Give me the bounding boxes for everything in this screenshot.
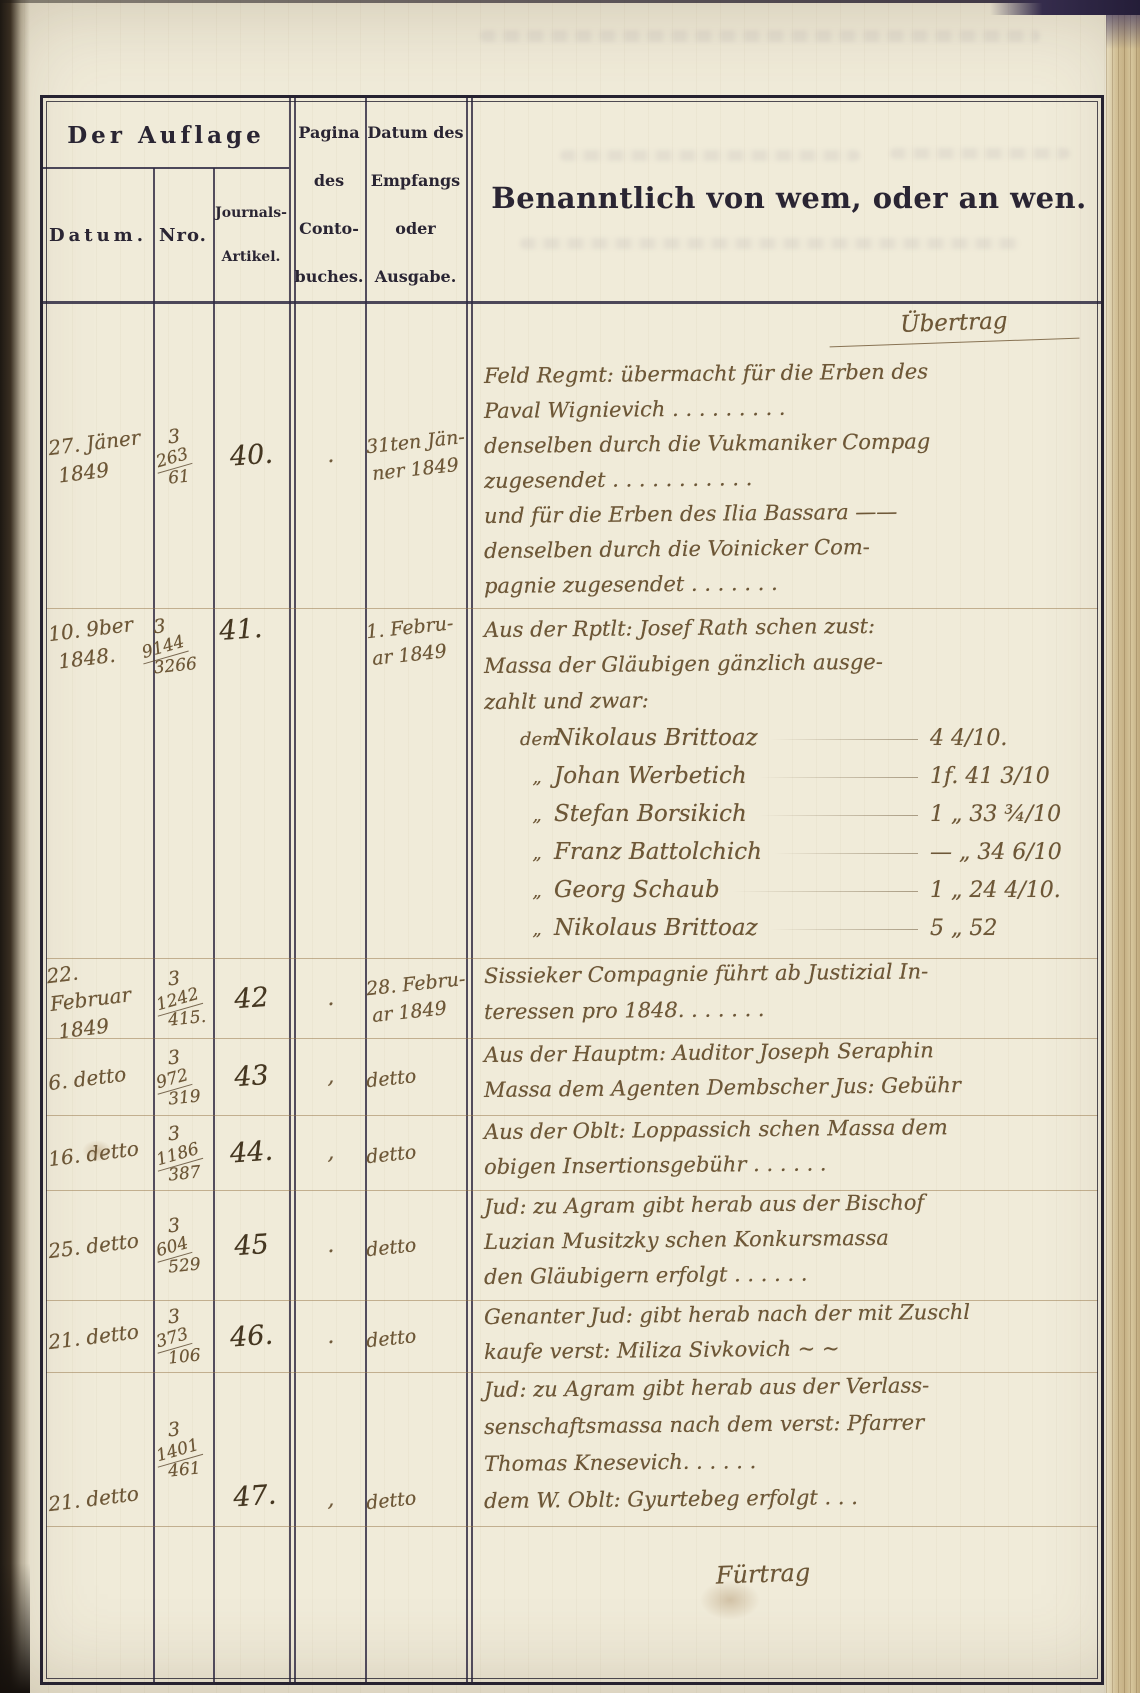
header-nro-label: Nro. [159, 225, 207, 246]
header-empfang-line: Empfangs [371, 171, 460, 190]
entry-journal-artikel: 45 [210, 1188, 292, 1303]
header-journals-artikel: Journals- Artikel. [213, 170, 289, 300]
entry-date: 22. Februar 1849 [48, 958, 150, 1038]
entry-description: Genanter Jud: gibt herab nach der mit Zu… [484, 1300, 1090, 1372]
journal-artikel-number: 43 [233, 1060, 269, 1093]
entry-journal-artikel: 46. [212, 1297, 292, 1374]
entry-pagina [296, 608, 366, 958]
creditor-amount: 5 „ 52 [930, 911, 1090, 947]
flourish-line [732, 891, 918, 892]
creditor-row: dem Nikolaus Brittoaz 4 4/10. [484, 720, 1090, 758]
entry-description: Aus der Rptlt: Josef Rath schen zust: Ma… [484, 608, 1090, 958]
empfang-date-line: detto [365, 1480, 469, 1518]
entry-empfang-datum: detto [366, 1115, 468, 1190]
header-nro: Nro. [153, 170, 213, 300]
entry-pagina: . [296, 1300, 366, 1372]
journal-artikel-number: 46. [229, 1319, 274, 1353]
flourish-line [759, 777, 918, 778]
nro-top: 3 [167, 1418, 181, 1441]
header-pagina-contobuches: Pagina des Conto- buches. [293, 108, 365, 300]
journal-artikel-number: 41. [218, 613, 263, 647]
header-pagina-line: buches. [295, 267, 364, 286]
entry-nro: 3 972 319 [150, 1035, 216, 1118]
creditor-row: „ Stefan Borsikich 1 „ 33 ¾/10 [484, 796, 1090, 834]
header-group-underline [43, 167, 289, 169]
ledger-page: Der Auflage Datum. Nro. Journals- Artike… [0, 0, 1140, 1693]
ledger-entry-40: 27. Jäner 1849 3 263 61 40. . 31ten Jän-… [46, 303, 1098, 609]
ditto-mark: „ [520, 912, 554, 948]
header-pagina-line: des [314, 171, 344, 190]
nro-top: 3 [167, 1122, 181, 1145]
creditor-row: „ Georg Schaub 1 „ 24 4/10. [484, 872, 1090, 910]
bleed-through-text [480, 30, 1040, 42]
creditor-amount: 1 „ 24 4/10. [930, 873, 1090, 909]
entry-nro: 3 604 529 [148, 1187, 217, 1302]
pagina-mark: , [328, 1064, 335, 1089]
creditor-name: Nikolaus Brittoaz [554, 910, 758, 946]
ditto-mark: „ [520, 798, 554, 834]
flourish-line [770, 929, 918, 930]
entry-nro: 3 1401 461 [146, 1369, 220, 1528]
entry-date: 25. detto [48, 1190, 150, 1300]
entry-text-line: den Gläubigern erfolgt . . . . . . [484, 1254, 1090, 1295]
empfang-date-line: detto [365, 1058, 469, 1096]
entry-empfang-datum: detto [366, 1372, 468, 1526]
flourish-line [774, 853, 918, 854]
header-group-label: Der Auflage [67, 122, 265, 149]
entry-date-line: 21. detto [47, 1316, 152, 1356]
entry-journal-artikel: 42 [211, 955, 291, 1040]
creditor-amount: 1 „ 33 ¾/10 [930, 797, 1090, 833]
header-datum-label: Datum. [49, 225, 147, 246]
pagina-mark: . [328, 1324, 335, 1349]
creditor-amount: — „ 34 6/10 [930, 835, 1090, 871]
entry-nro: 3 1186 387 [150, 1112, 216, 1193]
binding-corner-shade [1106, 15, 1140, 49]
nro-top: 3 [167, 1046, 181, 1069]
header-der-auflage: Der Auflage [43, 106, 289, 164]
ledger-entry-45: 25. detto 3 604 529 45 . detto Jud: zu A… [46, 1190, 1098, 1301]
header-journal-line: Artikel. [222, 249, 281, 265]
entry-empfang-datum: detto [366, 1190, 468, 1300]
entry-text-line: pagnie zugesendet . . . . . . . [484, 563, 1090, 604]
entry-date: 6. detto [48, 1038, 150, 1115]
creditor-row: „ Nikolaus Brittoaz 5 „ 52 [484, 910, 1090, 948]
creditor-name: Georg Schaub [554, 872, 720, 908]
nro-top: 3 [167, 967, 181, 990]
entry-text-line: obigen Insertionsgebühr . . . . . . [484, 1144, 1090, 1185]
entry-empfang-datum: 31ten Jän- ner 1849 [366, 303, 468, 608]
header-main-label: Benanntlich von wem, oder an wen. [491, 181, 1086, 215]
pagina-mark: , [328, 1487, 335, 1512]
pagina-mark: , [328, 1140, 335, 1165]
ledger-entry-47: 21. detto 3 1401 461 47. , detto Jud: zu… [46, 1372, 1098, 1527]
ledger-entry-43: 6. detto 3 972 319 43 , detto Aus der Ha… [46, 1038, 1098, 1116]
entry-empfang-datum: detto [366, 1300, 468, 1372]
empfang-date-line: detto [365, 1317, 469, 1355]
ledger-entry-44: 16. detto 3 1186 387 44. , detto Aus der… [46, 1115, 1098, 1191]
entry-text-line: kaufe verst: Miliza Sivkovich ~ ~ [484, 1329, 1090, 1370]
page-fore-edge [1106, 0, 1140, 1693]
entry-empfang-datum: 1. Febru- ar 1849 [366, 608, 468, 958]
ditto-mark: „ [520, 760, 554, 796]
ledger-entry-42: 22. Februar 1849 3 1242 415. 42 . 28. Fe… [46, 958, 1098, 1039]
entry-text-line: Thomas Knesevich. . . . . . [484, 1440, 1090, 1483]
ledger-entry-41: 10. 9ber 1848. 3 9144 3266 41. 1. Febru-… [46, 608, 1098, 959]
creditor-amount: 4 4/10. [930, 721, 1090, 757]
entry-pagina: , [296, 1038, 366, 1115]
entry-date: 21. detto [48, 1372, 150, 1526]
ledger-table: Der Auflage Datum. Nro. Journals- Artike… [40, 95, 1104, 1685]
entry-description: Jud: zu Agram gibt herab aus der Bischof… [484, 1190, 1090, 1300]
header-benanntlich: Benanntlich von wem, oder an wen. [471, 98, 1107, 298]
photo-top-edge [0, 0, 1140, 3]
creditor-row: „ Johan Werbetich 1f. 41 3/10 [484, 758, 1090, 796]
creditor-name: Nikolaus Brittoaz [554, 720, 758, 756]
entry-date-line: 21. detto [47, 1478, 152, 1518]
fuertrag-heading: Fürtrag [643, 1556, 884, 1592]
entry-journal-artikel: 47. [209, 1370, 295, 1529]
entry-empfang-datum: detto [366, 1038, 468, 1115]
nro-top: 3 [152, 615, 166, 638]
binding-corner-dark [990, 0, 1140, 15]
book-binding-edge [0, 0, 30, 1693]
pagina-mark: . [328, 443, 335, 468]
entry-nro: 3 373 106 [150, 1297, 215, 1375]
entry-description: Aus der Oblt: Loppassich schen Massa dem… [484, 1115, 1090, 1190]
ditto-mark: „ [520, 836, 554, 872]
creditor-name: Johan Werbetich [554, 758, 747, 794]
entry-date: 21. detto [48, 1300, 150, 1372]
entry-nro: 3 1242 415. [150, 955, 216, 1041]
entry-text-line: dem W. Oblt: Gyurtebeg erfolgt . . . [484, 1477, 1090, 1520]
empfang-date-line: detto [365, 1226, 469, 1264]
header-pagina-line: Pagina [298, 123, 359, 142]
entry-pagina: . [296, 958, 366, 1038]
entry-pagina: , [296, 1115, 366, 1190]
ledger-entry-46: 21. detto 3 373 106 46. . detto Genanter… [46, 1300, 1098, 1373]
creditor-name: Stefan Borsikich [554, 796, 747, 832]
entry-date-line: 6. detto [47, 1056, 152, 1096]
pagina-mark: . [328, 1233, 335, 1258]
header-pagina-line: Conto- [299, 219, 359, 238]
entry-description: Sissieker Compagnie führt ab Justizial I… [484, 958, 1090, 1038]
entry-journal-artikel: 44. [211, 1112, 291, 1192]
journal-artikel-number: 44. [229, 1136, 274, 1170]
entry-date: 10. 9ber 1848. [48, 608, 150, 958]
pagina-mark: . [328, 986, 335, 1011]
flourish-line [770, 739, 918, 740]
entry-pagina: , [296, 1372, 366, 1526]
ditto-mark: dem [520, 722, 554, 758]
entry-date: 16. detto [48, 1115, 150, 1190]
entry-text-line: Jud: zu Agram gibt herab aus der Verlass… [484, 1366, 1090, 1409]
creditor-row: „ Franz Battolchich — „ 34 6/10 [484, 834, 1090, 872]
entry-description: Jud: zu Agram gibt herab aus der Verlass… [484, 1372, 1090, 1526]
entry-description: Aus der Hauptm: Auditor Joseph Seraphin … [484, 1038, 1090, 1115]
entry-date-line: 16. detto [47, 1132, 152, 1172]
journal-artikel-number: 45 [233, 1228, 269, 1261]
header-empfang-line: oder [395, 219, 435, 238]
entry-pagina: . [296, 303, 366, 608]
entry-date: 27. Jäner 1849 [48, 303, 150, 608]
header-datum-empfangs: Datum des Empfangs oder Ausgabe. [365, 108, 466, 300]
header-datum: Datum. [43, 170, 153, 300]
header-journal-line: Journals- [215, 205, 287, 221]
creditor-amount: 1f. 41 3/10 [930, 759, 1090, 795]
journal-artikel-number: 42 [233, 981, 269, 1014]
entry-empfang-datum: 28. Febru- ar 1849 [366, 958, 468, 1038]
fuertrag-label: Fürtrag [715, 1558, 810, 1589]
entry-text-line: senschaftsmassa nach dem verst: Pfarrer [484, 1403, 1090, 1446]
header-empfang-line: Ausgabe. [375, 267, 457, 286]
empfang-date-line: detto [365, 1134, 469, 1172]
nro-top: 3 [167, 425, 181, 448]
ditto-mark: „ [520, 874, 554, 910]
entry-pagina: . [296, 1190, 366, 1300]
journal-artikel-number: 47. [232, 1479, 277, 1513]
entry-description: Feld Regmt: übermacht für die Erben des … [484, 303, 1090, 608]
entry-text-line: Massa dem Agenten Dembscher Jus: Gebühr [484, 1067, 1090, 1108]
creditor-name: Franz Battolchich [554, 834, 762, 870]
entry-date-line: 25. detto [47, 1225, 152, 1265]
entry-text-line: teressen pro 1848. . . . . . . [484, 988, 1090, 1030]
journal-artikel-number: 40. [229, 439, 274, 473]
entry-text-line: zahlt und zwar: [484, 678, 1090, 720]
entry-journal-artikel: 43 [211, 1035, 291, 1117]
flourish-line [759, 815, 918, 816]
header-empfang-line: Datum des [367, 123, 463, 142]
